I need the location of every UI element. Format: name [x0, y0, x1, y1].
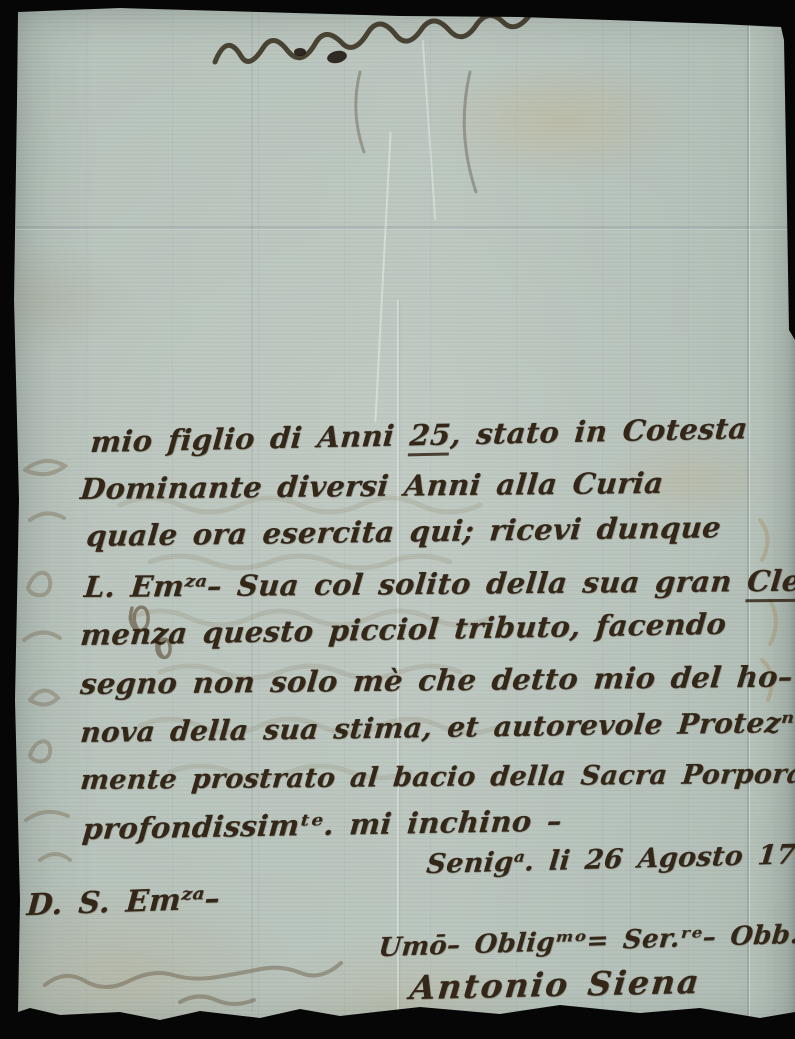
underlined-text: Cle	[745, 564, 795, 602]
line-text: , stato in Cotesta	[449, 411, 749, 451]
manuscript-line: L. Emᶻᵃ– Sua col solito della sua gran C…	[83, 564, 795, 604]
line-text: Dominante diversi Anni alla Curia	[79, 466, 665, 506]
addressee-abbreviation: D. S. Emᶻᵃ–	[26, 881, 222, 923]
scan-canvas: mio figlio di Anni 25, stato in Cotesta …	[0, 0, 795, 1039]
line-text: L. Emᶻᵃ– Sua col solito della sua gran	[83, 564, 749, 604]
manuscript-line: Dominante diversi Anni alla Curia	[79, 466, 665, 506]
underlined-text: 25	[408, 417, 452, 456]
manuscript-line: mente prostrato al bacio della Sacra Por…	[79, 759, 795, 796]
line-text: mente prostrato al bacio della Sacra Por…	[79, 759, 795, 796]
signature: Antonio Siena	[408, 962, 703, 1007]
line-text: mio figlio di Anni	[89, 418, 411, 459]
